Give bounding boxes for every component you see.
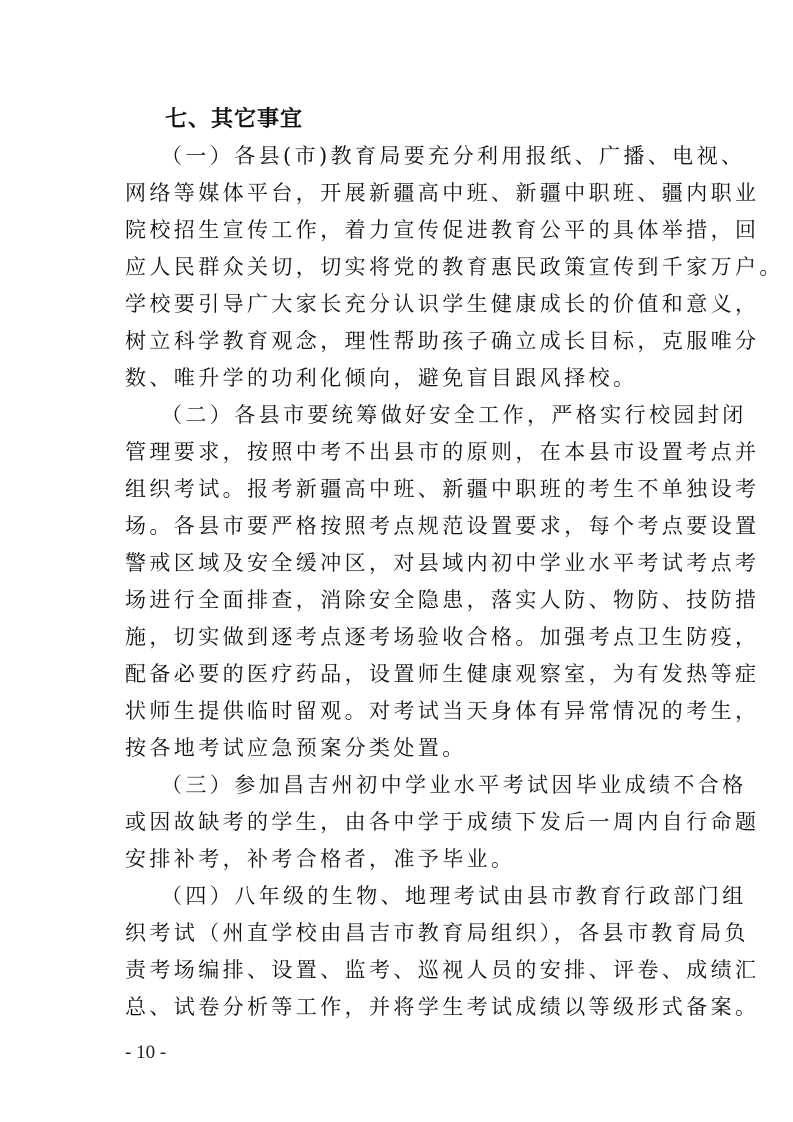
text-line: 织考试（州直学校由昌吉市教育局组织），各县市教育局负	[125, 915, 673, 952]
document-body: 七、其它事宜 （一）各县(市)教育局要充分利用报纸、广播、电视、 网络等媒体平台…	[125, 101, 673, 1026]
text-line: 警戒区域及安全缓冲区，对县域内初中学业水平考试考点考	[125, 545, 673, 582]
text-line: 按各地考试应急预案分类处置。	[125, 730, 673, 767]
text-line: 状师生提供临时留观。对考试当天身体有异常情况的考生，	[125, 693, 673, 730]
text-line: （四）八年级的生物、地理考试由县市教育行政部门组	[125, 878, 673, 915]
text-line: 场。各县市要严格按照考点规范设置要求，每个考点要设置	[125, 508, 673, 545]
text-line: 责考场编排、设置、监考、巡视人员的安排、评卷、成绩汇	[125, 952, 673, 989]
text-line: （一）各县(市)教育局要充分利用报纸、广播、电视、	[125, 138, 673, 175]
text-line: 安排补考，补考合格者，准予毕业。	[125, 841, 673, 878]
text-line: （二）各县市要统筹做好安全工作，严格实行校园封闭	[125, 397, 673, 434]
text-line: 总、试卷分析等工作，并将学生考试成绩以等级形式备案。	[125, 989, 673, 1026]
paragraph-1: （一）各县(市)教育局要充分利用报纸、广播、电视、 网络等媒体平台，开展新疆高中…	[125, 138, 673, 397]
text-line: （三）参加昌吉州初中学业水平考试因毕业成绩不合格	[125, 767, 673, 804]
text-line: 或因故缺考的学生，由各中学于成绩下发后一周内自行命题	[125, 804, 673, 841]
text-line: 场进行全面排查，消除安全隐患，落实人防、物防、技防措	[125, 582, 673, 619]
paragraph-2: （二）各县市要统筹做好安全工作，严格实行校园封闭 管理要求，按照中考不出县市的原…	[125, 397, 673, 767]
text-line: 数、唯升学的功利化倾向，避免盲目跟风择校。	[125, 360, 673, 397]
text-line: 施，切实做到逐考点逐考场验收合格。加强考点卫生防疫，	[125, 619, 673, 656]
paragraph-4: （四）八年级的生物、地理考试由县市教育行政部门组 织考试（州直学校由昌吉市教育局…	[125, 878, 673, 1026]
text-line: 院校招生宣传工作，着力宣传促进教育公平的具体举措，回	[125, 212, 673, 249]
text-line: 学校要引导广大家长充分认识学生健康成长的价值和意义，	[125, 286, 673, 323]
text-line: 管理要求，按照中考不出县市的原则，在本县市设置考点并	[125, 434, 673, 471]
text-line: 网络等媒体平台，开展新疆高中班、新疆中职班、疆内职业	[125, 175, 673, 212]
text-line: 组织考试。报考新疆高中班、新疆中职班的考生不单独设考	[125, 471, 673, 508]
text-line: 树立科学教育观念，理性帮助孩子确立成长目标，克服唯分	[125, 323, 673, 360]
document-page: 七、其它事宜 （一）各县(市)教育局要充分利用报纸、广播、电视、 网络等媒体平台…	[0, 0, 793, 1122]
text-line: 配备必要的医疗药品，设置师生健康观察室，为有发热等症	[125, 656, 673, 693]
page-number: - 10 -	[125, 1042, 166, 1064]
section-heading: 七、其它事宜	[125, 101, 673, 138]
text-line: 应人民群众关切，切实将党的教育惠民政策宣传到千家万户。	[125, 249, 673, 286]
paragraph-3: （三）参加昌吉州初中学业水平考试因毕业成绩不合格 或因故缺考的学生，由各中学于成…	[125, 767, 673, 878]
